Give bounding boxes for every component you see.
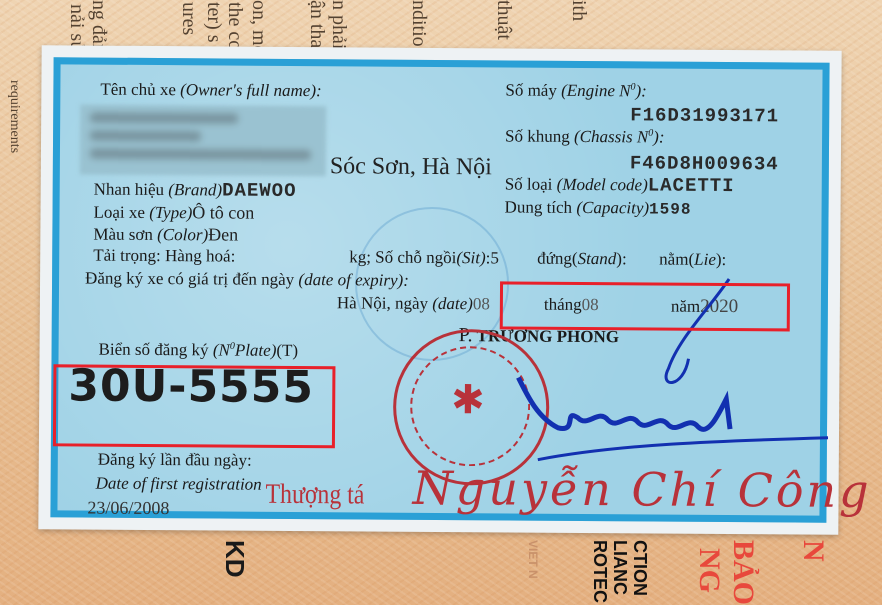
bg-fragment: LIANC xyxy=(609,540,630,595)
bg-fragment: thuật xyxy=(492,0,515,40)
issue-date-highlight xyxy=(500,281,790,331)
bg-fragment: nditio xyxy=(407,0,430,47)
bg-fragment: ith xyxy=(567,0,590,21)
bg-fragment: the co xyxy=(223,2,246,50)
bg-fragment: VIET N xyxy=(526,540,540,579)
bg-fragment: requirements xyxy=(6,80,22,153)
bg-fragment: ận tha xyxy=(305,0,328,48)
bg-fragment: N xyxy=(796,540,830,562)
bg-fragment: CTION xyxy=(629,540,650,596)
bg-fragment: BẢO xyxy=(726,540,760,605)
bg-fragment: NG xyxy=(692,548,726,593)
registration-card: Tên chủ xe (Owner's full name): Sóc Sơn,… xyxy=(38,45,841,535)
bg-fragment: ter) s xyxy=(202,2,225,43)
bg-fragment: n phải xyxy=(327,0,350,49)
bg-fragment: ROTEC xyxy=(589,540,610,603)
bg-fragment: KD xyxy=(219,540,250,578)
bg-fragment: ures xyxy=(177,2,200,35)
plate-highlight xyxy=(53,364,336,448)
registration-card-face: Tên chủ xe (Owner's full name): Sóc Sơn,… xyxy=(50,57,829,522)
